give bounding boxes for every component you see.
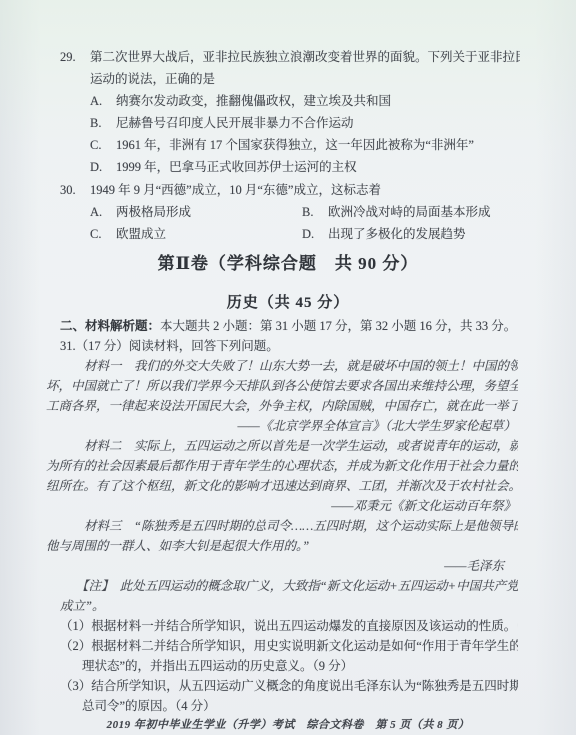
material-1-line-1: 材料一 我们的外交大失败了！山东大势一去，就是破坏中国的领土！中国的领土破 <box>46 356 518 376</box>
material-2-source: ——邓秉元《新文化运动百年祭》 <box>46 496 518 516</box>
question-30-option-d: D. 出现了多极化的发展趋势 <box>302 223 520 245</box>
question-31-intro: 31.（17 分）阅读材料，回答下列问题。 <box>46 336 518 356</box>
note-line-2: 成立”。 <box>46 596 518 616</box>
option-label: B. <box>302 201 328 223</box>
material-1-line-2: 坏，中国就亡了！所以我们学界今天排队到各公使馆去要求各国出来维持公理，务望全国 <box>46 376 518 396</box>
option-label: A. <box>90 90 116 112</box>
instruction-rest: 本大题共 2 小题：第 31 小题 17 分，第 32 小题 16 分，共 33… <box>160 319 516 333</box>
option-label: B. <box>90 112 116 134</box>
subquestion-2-line-1: （2）根据材料二并结合所学知识，用史实说明新文化运动是如何“作用于青年学生的心 <box>46 636 518 656</box>
material-3-line-2: 他与周围的一群人、如李大钊是起很大作用的。” <box>46 536 518 556</box>
volume-2-title: 第Ⅱ卷（学科综合题 共 90 分） <box>0 249 576 274</box>
material-2-line-2: 为所有的社会因素最后都作用于青年学生的心理状态，并成为新文化作用于社会力量的枢 <box>46 456 518 476</box>
exam-paper-page: 29. 第二次世界大战后，亚非拉民族独立浪潮改变着世界的面貌。下列关于亚非拉民族… <box>0 0 576 735</box>
option-text: 尼赫鲁号召印度人民开展非暴力不合作运动 <box>116 112 520 134</box>
subquestion-2-line-2: 理状态”的，并指出五四运动的历史意义。（9 分） <box>46 656 518 676</box>
option-text: 1999 年，巴拿马正式收回苏伊士运河的主权 <box>116 156 520 178</box>
option-text: 两极格局形成 <box>116 201 302 223</box>
option-text: 纳赛尔发动政变，推翻傀儡政权，建立埃及共和国 <box>116 90 520 112</box>
section-two-instruction: 二、材料解析题：本大题共 2 小题：第 31 小题 17 分，第 32 小题 1… <box>46 316 518 336</box>
material-1-line-3: 工商各界，一律起来设法开国民大会，外争主权，内除国贼，中国存亡，就在此一举了！ <box>46 396 518 416</box>
option-label: D. <box>90 156 116 178</box>
question-30-number: 30. <box>60 179 90 245</box>
subquestion-1: （1）根据材料一并结合所学知识，说出五四运动爆发的直接原因及该运动的性质。（4 … <box>46 616 518 636</box>
material-1-source: ——《北京学界全体宣言》（北大学生罗家伦起草） <box>46 416 518 436</box>
question-29-option-b: B. 尼赫鲁号召印度人民开展非暴力不合作运动 <box>90 112 520 134</box>
instruction-lead: 二、材料解析题： <box>60 319 160 333</box>
option-text: 欧盟成立 <box>116 223 302 245</box>
option-label: A. <box>90 201 116 223</box>
question-29-stem-line-1: 第二次世界大战后，亚非拉民族独立浪潮改变着世界的面貌。下列关于亚非拉民族独立 <box>90 46 520 68</box>
note-line-1: 【注】 此处五四运动的概念取广义，大致指“新文化运动+五四运动+中国共产党的 <box>46 576 518 596</box>
question-30-option-b: B. 欧洲冷战对峙的局面基本形成 <box>302 201 520 223</box>
question-29-option-c: C. 1961 年，非洲有 17 个国家获得独立，这一年因此被称为“非洲年” <box>90 134 520 156</box>
option-text: 出现了多极化的发展趋势 <box>328 223 520 245</box>
question-30-option-a: A. 两极格局形成 <box>90 201 302 223</box>
question-29: 29. 第二次世界大战后，亚非拉民族独立浪潮改变着世界的面貌。下列关于亚非拉民族… <box>60 46 520 178</box>
material-2-line-3: 纽所在。有了这个枢纽，新文化的影响才迅速达到商界、工团，并渐次及于农村社会。 <box>46 476 518 496</box>
question-29-option-d: D. 1999 年，巴拿马正式收回苏伊士运河的主权 <box>90 156 520 178</box>
question-30-stem: 1949 年 9 月“西德”成立，10 月“东德”成立，这标志着 <box>90 179 520 201</box>
material-3-source: ——毛泽东 <box>46 556 518 576</box>
option-label: C. <box>90 223 116 245</box>
question-30-option-c: C. 欧盟成立 <box>90 223 302 245</box>
history-section-title: 历史（共 45 分） <box>0 291 576 312</box>
question-29-option-a: A. 纳赛尔发动政变，推翻傀儡政权，建立埃及共和国 <box>90 90 520 112</box>
subquestion-3-line-1: （3）结合所学知识，从五四运动广义概念的角度说出毛泽东认为“陈独秀是五四时期的 <box>46 676 518 696</box>
material-2-line-1: 材料二 实际上，五四运动之所以首先是一次学生运动，或者说青年的运动，就是因 <box>46 436 518 456</box>
question-30: 30. 1949 年 9 月“西德”成立，10 月“东德”成立，这标志着 A. … <box>60 179 520 245</box>
subquestion-3-line-2: 总司令”的原因。（4 分） <box>46 696 518 716</box>
material-3-line-1: 材料三 “陈独秀是五四时期的总司令……五四时期，这个运动实际上是他领导的、 <box>46 516 518 536</box>
option-text: 欧洲冷战对峙的局面基本形成 <box>328 201 520 223</box>
question-29-number: 29. <box>60 46 90 178</box>
material-analysis-section: 二、材料解析题：本大题共 2 小题：第 31 小题 17 分，第 32 小题 1… <box>46 316 518 716</box>
option-label: C. <box>90 134 116 156</box>
question-29-stem-line-2: 运动的说法，正确的是 <box>90 68 520 90</box>
page-footer: 2019 年初中毕业生学业（升学）考试 综合文科卷 第 5 页（共 8 页） <box>0 716 576 732</box>
option-label: D. <box>302 223 328 245</box>
option-text: 1961 年，非洲有 17 个国家获得独立，这一年因此被称为“非洲年” <box>116 134 520 156</box>
